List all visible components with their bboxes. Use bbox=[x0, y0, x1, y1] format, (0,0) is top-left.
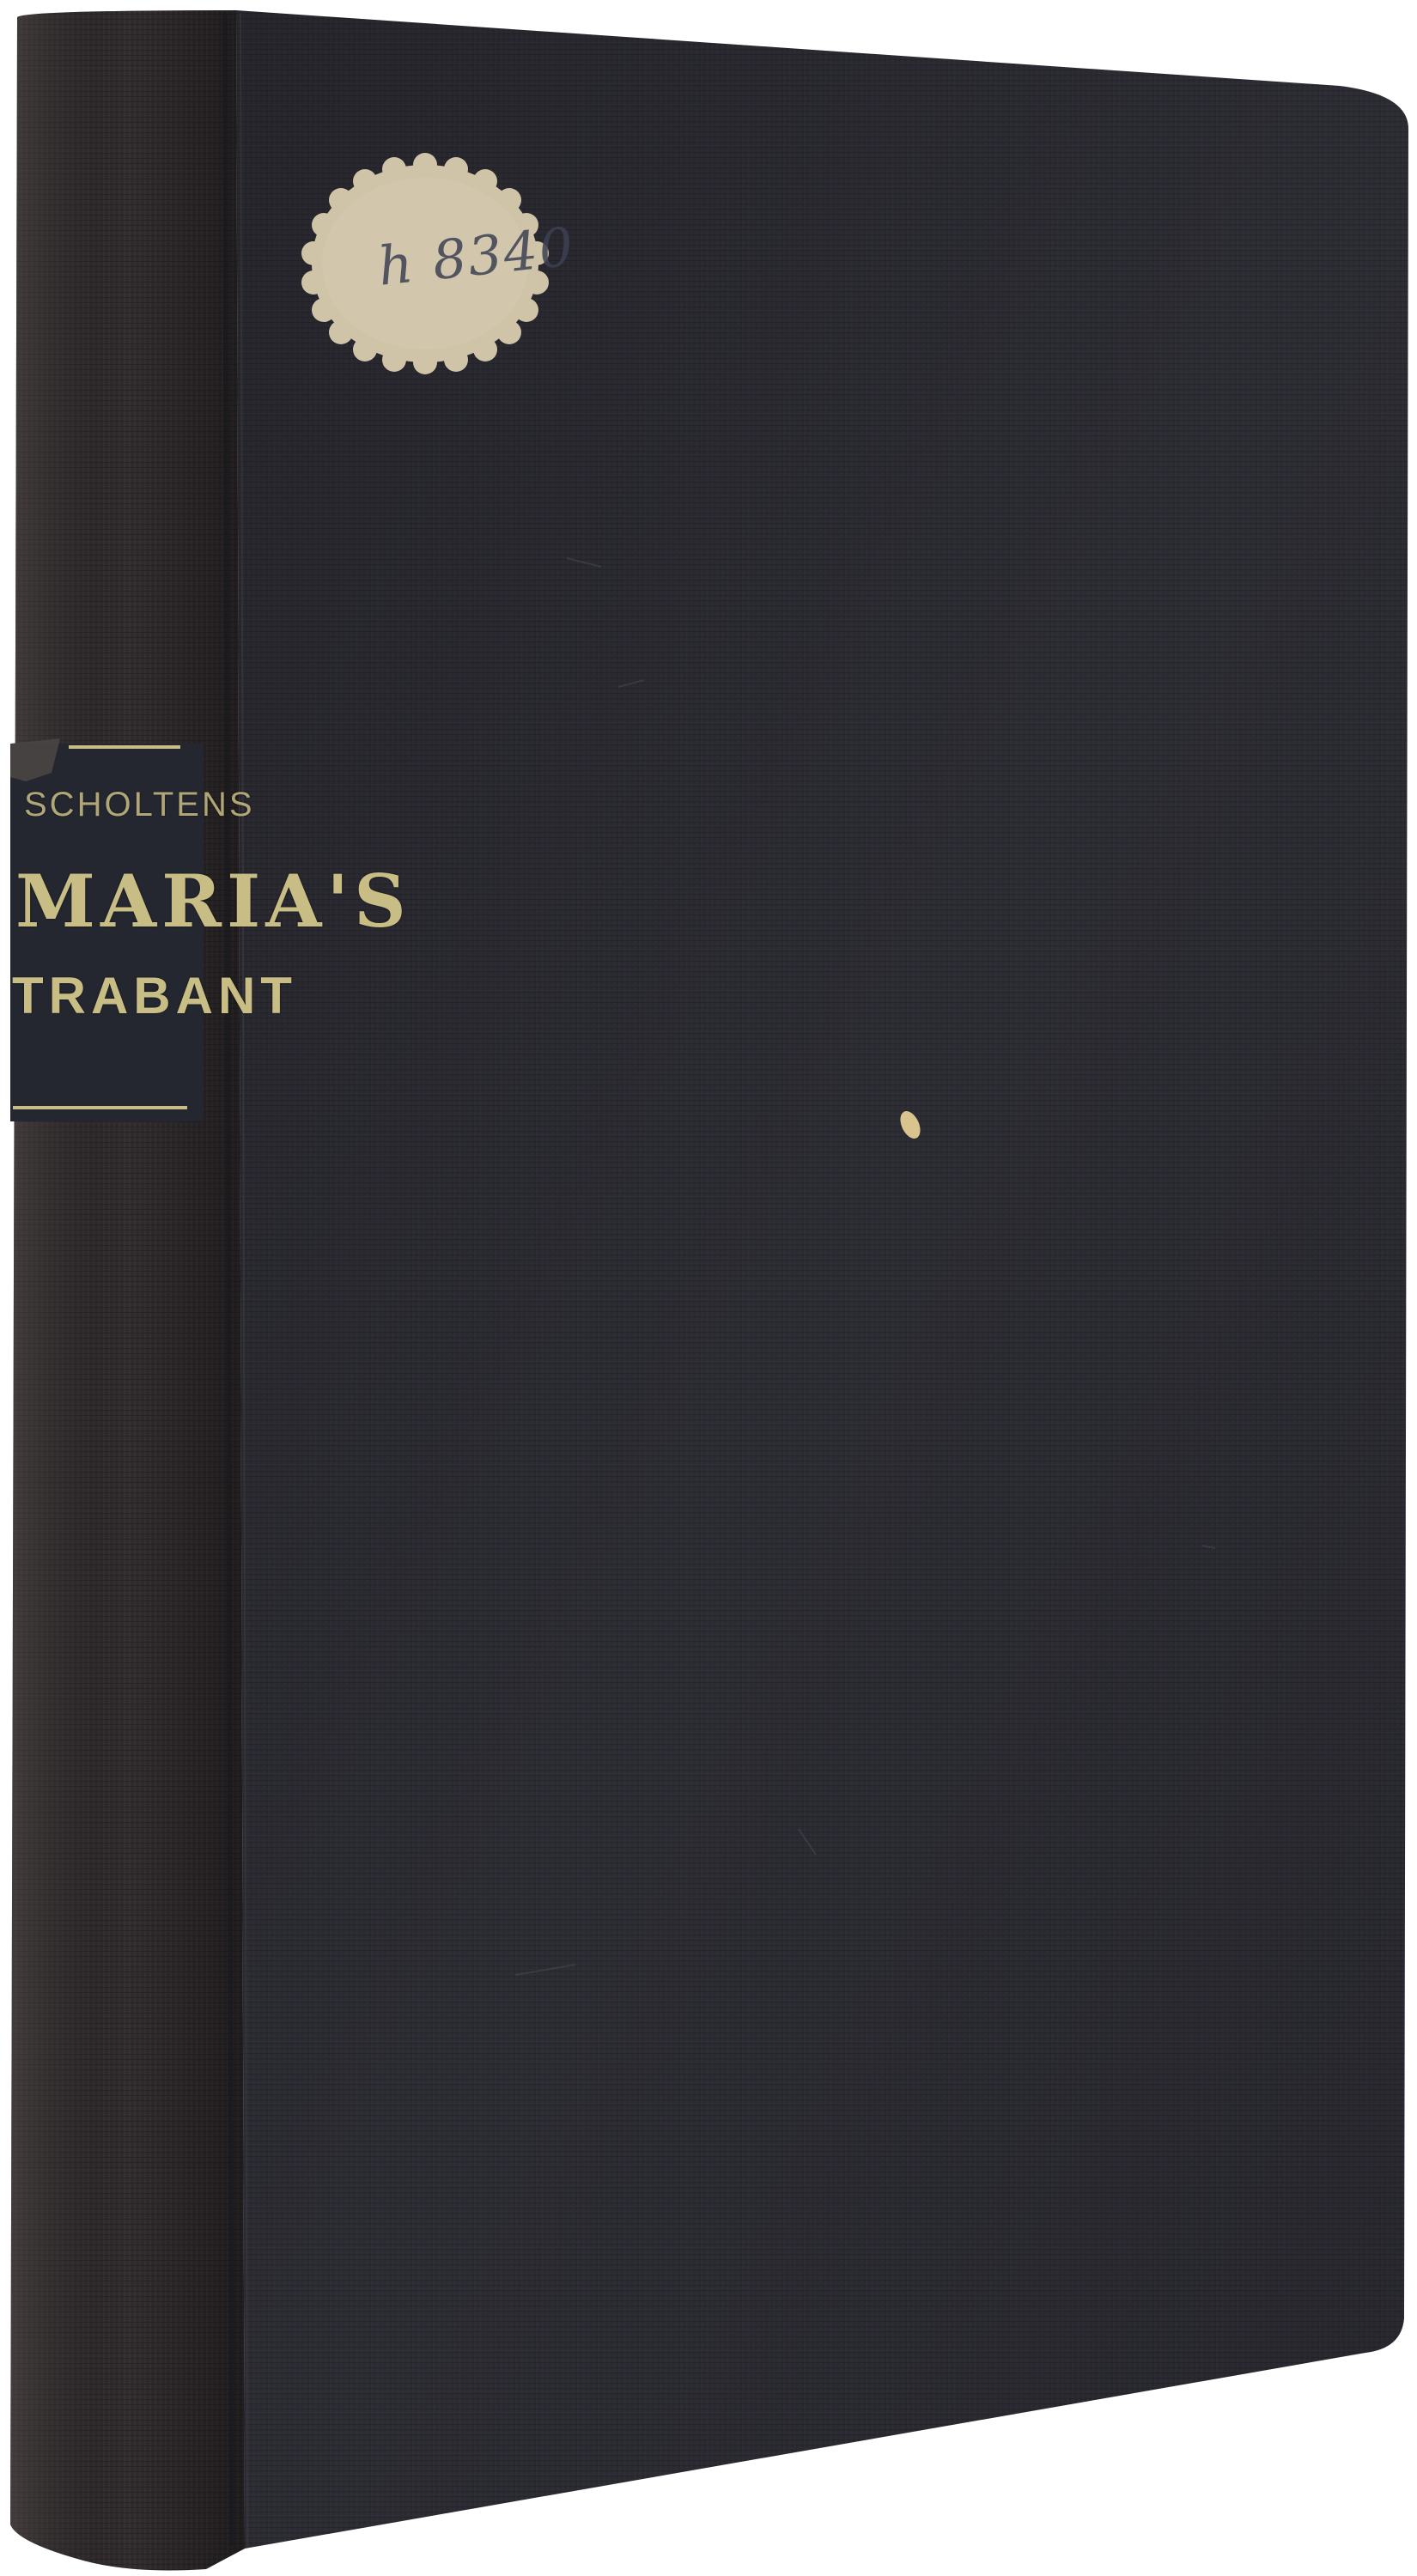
spine-author: SCHOLTENS bbox=[24, 786, 255, 824]
spine-title-line2: TRABANT bbox=[12, 966, 297, 1025]
book-illustration bbox=[0, 0, 1417, 2576]
book-photo: SCHOLTENS MARIA'S TRABANT h 8340 bbox=[0, 0, 1417, 2576]
spine-title-line1: MARIA'S bbox=[15, 859, 411, 944]
